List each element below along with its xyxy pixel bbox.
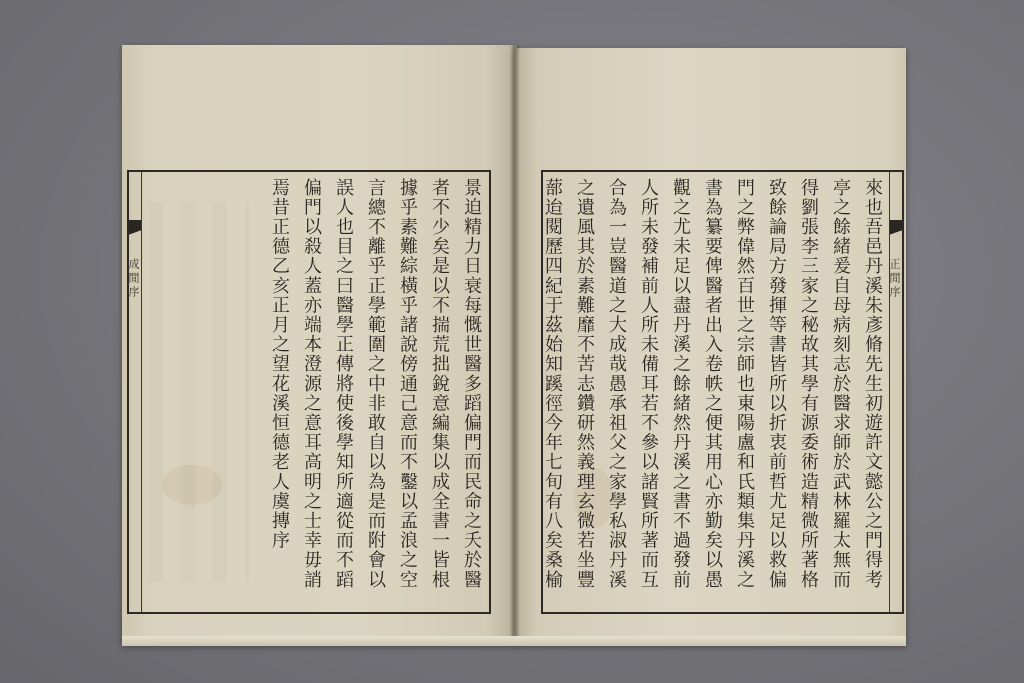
book-spine-gutter — [510, 45, 520, 645]
fish-tail-mark-icon — [129, 220, 141, 242]
text-column: 書為纂要俾醫者出入卷帙之便其用心亦勤矣以愚 — [696, 178, 728, 610]
text-column: 致餘論局方發揮等書皆所以折衷前哲尤足以救偏 — [760, 178, 792, 610]
left-page-text-frame: 成閒序 景迫精力日衰每慨世醫多蹈偏門而民命之夭於醫 者不少矣是以不揣荒拙銳意編集… — [127, 170, 491, 614]
left-page-columns: 景迫精力日衰每慨世醫多蹈偏門而民命之夭於醫 者不少矣是以不揣荒拙銳意編集以成全書… — [263, 178, 487, 610]
left-fold-label: 成閒序 — [129, 258, 141, 300]
right-fold-label: 正閒序 — [890, 258, 902, 300]
right-page-columns: 來也吾邑丹溪朱彥脩先生初遊許文懿公之門得考 亭之餘緒爰自母病刻志於醫求師於武林羅… — [536, 178, 888, 610]
page-edge — [122, 636, 906, 646]
text-column: 來也吾邑丹溪朱彥脩先生初遊許文懿公之門得考 — [856, 178, 888, 610]
text-column: 門之弊偉然百世之宗師也東陽盧和氏類集丹溪之 — [728, 178, 760, 610]
text-column: 蔀迨閱歷四紀于茲始知蹊徑今年七旬有八矣桑榆 — [536, 178, 568, 610]
left-fold-margin: 成閒序 — [129, 172, 142, 612]
text-column: 誤人也目之曰醫學正傳將使後學知所適從而不蹈 — [327, 178, 359, 610]
text-column: 亭之餘緒爰自母病刻志於醫求師於武林羅太無而 — [824, 178, 856, 610]
text-column: 人所未發補前人所未備耳若不參以諸賢所著而互 — [632, 178, 664, 610]
text-column: 言總不離乎正學範圍之中非敢自以為是而附會以 — [359, 178, 391, 610]
text-column: 合為一豈醫道之大成哉愚承祖父之家學私淑丹溪 — [600, 178, 632, 610]
text-column: 得劉張李三家之秘故其學有源委術造精微所著格 — [792, 178, 824, 610]
text-column: 之遺風其於素難靡不苦志鑽研然義理玄微若坐豐 — [568, 178, 600, 610]
text-column: 觀之尤未足以盡丹溪之餘緒然丹溪之書不過發前 — [664, 178, 696, 610]
text-column: 偏門以殺人蓋亦端本澄源之意耳高明之士幸毋誚 — [295, 178, 327, 610]
text-column: 焉昔正德乙亥正月之望花溪恒德老人虞摶序 — [263, 178, 295, 610]
right-fold-margin: 正閒序 — [889, 172, 902, 612]
text-column: 據乎素難綜橫乎諸說傍通己意而不鑿以孟浪之空 — [391, 178, 423, 610]
fish-tail-mark-icon — [890, 220, 902, 242]
text-column: 者不少矣是以不揣荒拙銳意編集以成全書一皆根 — [423, 178, 455, 610]
text-column: 景迫精力日衰每慨世醫多蹈偏門而民命之夭於醫 — [455, 178, 487, 610]
right-page-text-frame: 正閒序 來也吾邑丹溪朱彥脩先生初遊許文懿公之門得考 亭之餘緒爰自母病刻志於醫求師… — [541, 170, 904, 614]
ink-show-through — [149, 202, 249, 582]
